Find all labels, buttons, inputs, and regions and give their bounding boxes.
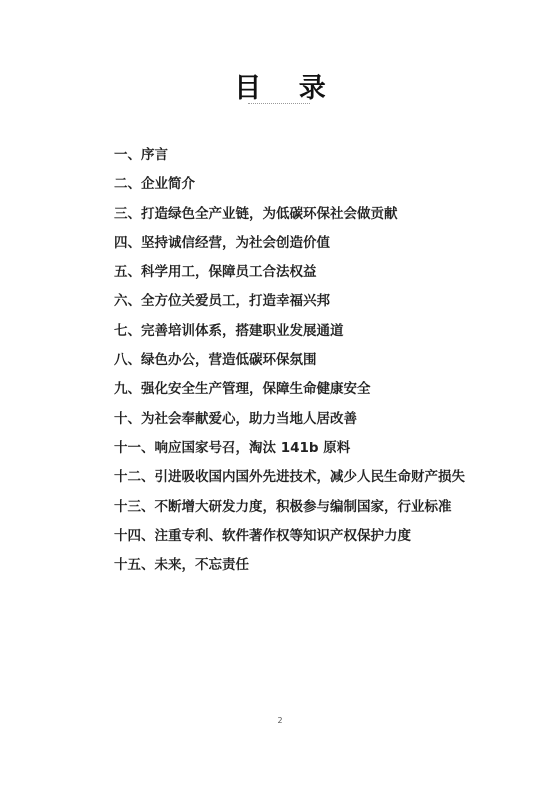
toc-item[interactable]: 三、打造绿色全产业链，为低碳环保社会做贡献 <box>114 204 465 233</box>
toc-item[interactable]: 十二、引进吸收国内国外先进技术，减少人民生命财产损失 <box>114 467 465 496</box>
toc-item[interactable]: 七、完善培训体系，搭建职业发展通道 <box>114 321 465 350</box>
toc-item[interactable]: 十、为社会奉献爱心，助力当地人居改善 <box>114 409 465 438</box>
toc-item[interactable]: 十三、不断增大研发力度，积极参与编制国家，行业标准 <box>114 497 465 526</box>
toc-item[interactable]: 九、强化安全生产管理，保障生命健康安全 <box>114 379 465 408</box>
toc-item[interactable]: 十一、响应国家号召，淘汰 141b 原料 <box>114 438 465 467</box>
page-title: 目 录 <box>220 74 339 104</box>
document-page: 目 录 一、序言 二、企业简介 三、打造绿色全产业链，为低碳环保社会做贡献 四、… <box>0 0 560 790</box>
toc-item[interactable]: 四、坚持诚信经营，为社会创造价值 <box>114 233 465 262</box>
toc-item[interactable]: 五、科学用工，保障员工合法权益 <box>114 262 465 291</box>
toc-item[interactable]: 十四、注重专利、软件著作权等知识产权保护力度 <box>114 526 465 555</box>
table-of-contents: 一、序言 二、企业简介 三、打造绿色全产业链，为低碳环保社会做贡献 四、坚持诚信… <box>114 145 465 584</box>
title-dotted-underline <box>248 103 310 104</box>
page-number: 2 <box>0 716 560 725</box>
toc-item[interactable]: 一、序言 <box>114 145 465 174</box>
toc-item[interactable]: 六、全方位关爱员工，打造幸福兴邦 <box>114 291 465 320</box>
title-container: 目 录 <box>0 74 560 104</box>
toc-item[interactable]: 十五、未来，不忘责任 <box>114 555 465 584</box>
toc-item[interactable]: 二、企业简介 <box>114 174 465 203</box>
toc-item[interactable]: 八、绿色办公，营造低碳环保氛围 <box>114 350 465 379</box>
